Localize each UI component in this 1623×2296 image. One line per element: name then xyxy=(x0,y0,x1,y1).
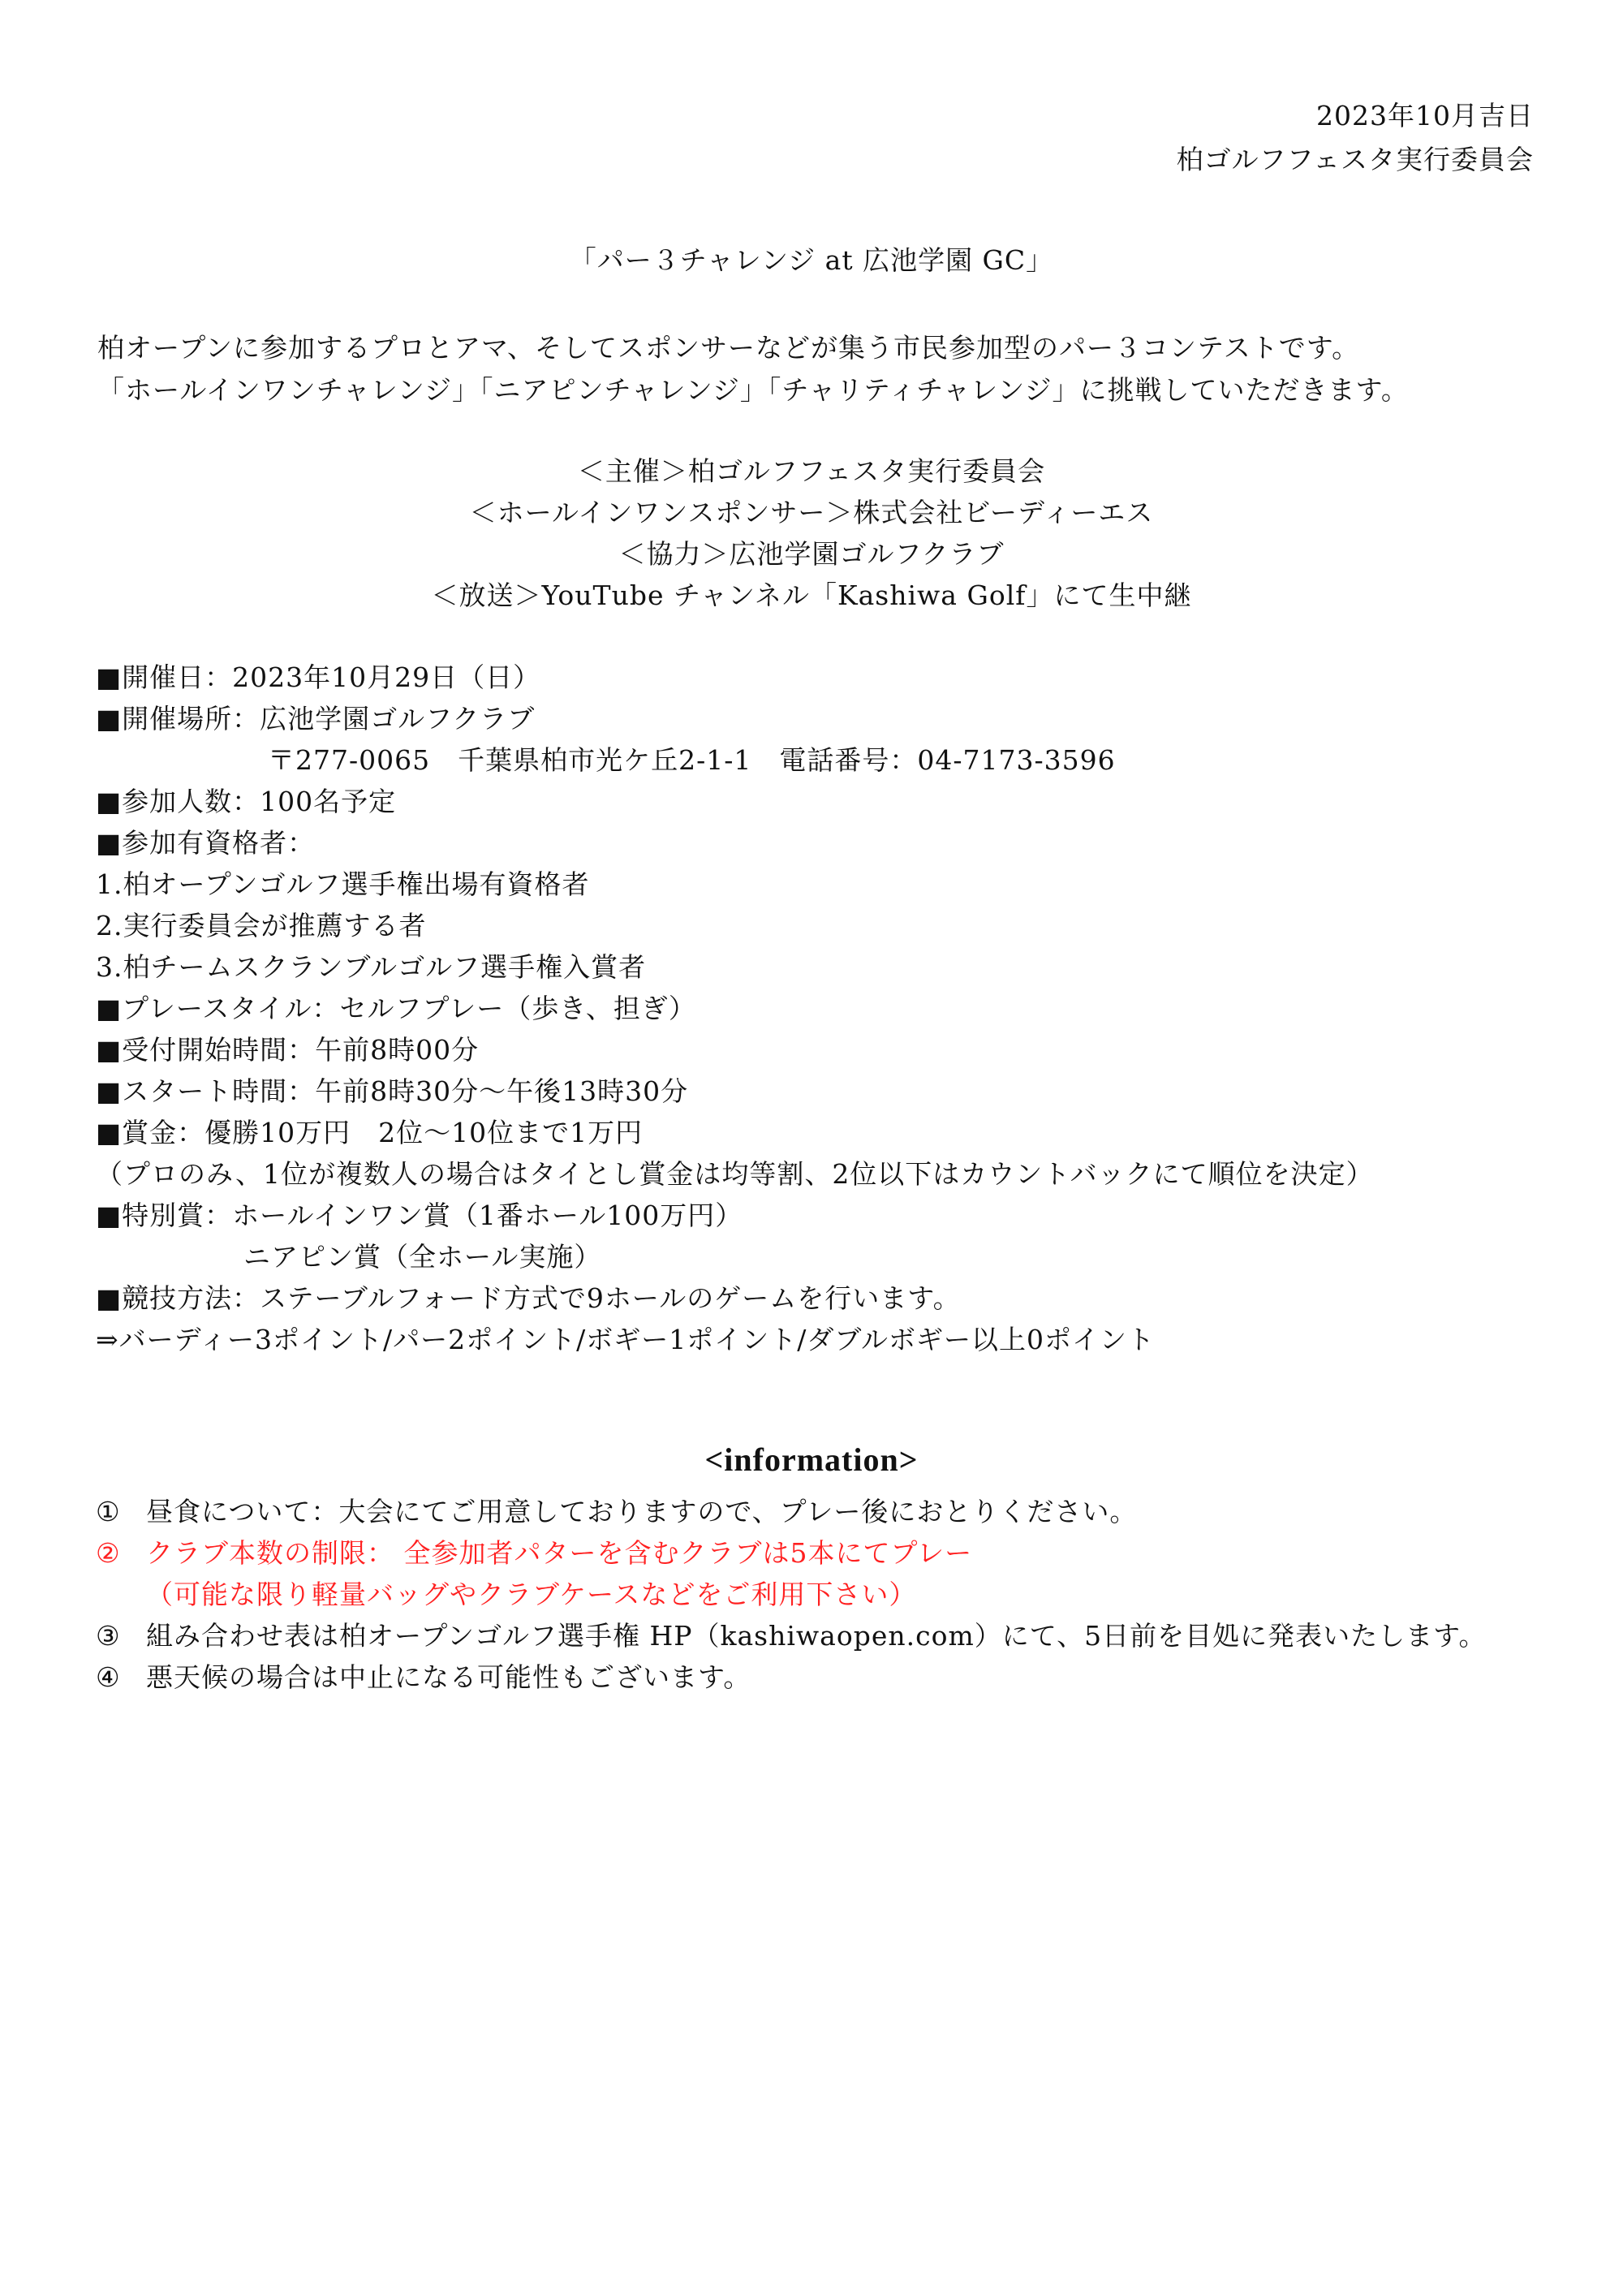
info-item-4: ④悪天候の場合は中止になる可能性もございます。 xyxy=(96,1657,751,1698)
detail-participants: ■参加人数：100名予定 xyxy=(96,782,396,822)
credit-cooperation: ＜協力＞広池学園ゴルフクラブ xyxy=(0,534,1623,575)
detail-special-prize-nearpin: ニアピン賞（全ホール実施） xyxy=(243,1237,601,1277)
credit-sponsor: ＜ホールインワンスポンサー＞株式会社ビーディーエス xyxy=(0,493,1623,533)
detail-date: ■開催日：2023年10月29日（日） xyxy=(96,657,540,698)
info-item-3: ③組み合わせ表は柏オープンゴルフ選手権 HP（kashiwaopen.com）に… xyxy=(96,1616,1486,1656)
info-item-number: ① xyxy=(96,1492,146,1532)
detail-start-time: ■スタート時間：午前8時30分～午後13時30分 xyxy=(96,1071,688,1112)
eligibility-item-3: 3.柏チームスクランブルゴルフ選手権入賞者 xyxy=(96,947,646,988)
detail-eligibility: ■参加有資格者： xyxy=(96,823,315,864)
detail-special-prize: ■特別賞：ホールインワン賞（1番ホール100万円） xyxy=(96,1195,743,1236)
detail-scoring: ⇒バーディー3ポイント/パー2ポイント/ボギー1ポイント/ダブルボギー以上0ポイ… xyxy=(96,1320,1155,1360)
detail-format: ■競技方法：ステーブルフォード方式で9ホールのゲームを行います。 xyxy=(96,1278,961,1319)
info-item-number: ② xyxy=(96,1533,146,1574)
detail-venue: ■開催場所：広池学園ゴルフクラブ xyxy=(96,699,535,739)
info-item-text: 悪天候の場合は中止になる可能性もございます。 xyxy=(146,1661,751,1693)
eligibility-item-2: 2.実行委員会が推薦する者 xyxy=(96,906,427,946)
info-item-text: 組み合わせ表は柏オープンゴルフ選手権 HP（kashiwaopen.com）にて… xyxy=(146,1620,1486,1652)
document-title: 「パー３チャレンジ at 広池学園 GC」 xyxy=(0,240,1623,281)
intro-line-1: 柏オープンに参加するプロとアマ、そしてスポンサーなどが集う市民参加型のパー３コン… xyxy=(97,328,1359,368)
credit-host: ＜主催＞柏ゴルフフェスタ実行委員会 xyxy=(0,451,1623,492)
detail-play-style: ■プレースタイル：セルフプレー（歩き、担ぎ） xyxy=(96,989,696,1029)
detail-prize: ■賞金：優勝10万円 2位～10位まで1万円 xyxy=(96,1113,643,1153)
detail-address: 〒277-0065 千葉県柏市光ケ丘2-1-1 電話番号：04-7173-359… xyxy=(268,740,1116,781)
info-item-1: ①昼食について：大会にてご用意しておりますので、プレー後におとりください。 xyxy=(96,1492,1137,1532)
info-item-number: ④ xyxy=(96,1657,146,1698)
info-item-text: （可能な限り軽量バッグやクラブケースなどをご利用下さい） xyxy=(146,1579,916,1610)
info-item-2: ②クラブ本数の制限： 全参加者パターを含むクラブは5本にてプレー xyxy=(96,1533,972,1574)
issue-date: 2023年10月吉日 xyxy=(1316,96,1534,136)
info-item-text: 昼食について：大会にてご用意しておりますので、プレー後におとりください。 xyxy=(146,1496,1137,1527)
organizer-name: 柏ゴルフフェスタ実行委員会 xyxy=(1177,140,1534,180)
info-item-number: ③ xyxy=(96,1616,146,1656)
info-item-2-note: （可能な限り軽量バッグやクラブケースなどをご利用下さい） xyxy=(96,1574,916,1615)
detail-reception-time: ■受付開始時間：午前8時00分 xyxy=(96,1030,479,1070)
eligibility-item-1: 1.柏オープンゴルフ選手権出場有資格者 xyxy=(96,864,590,905)
information-heading: <information> xyxy=(0,1440,1623,1480)
detail-prize-note: （プロのみ、1位が複数人の場合はタイとし賞金は均等割、2位以下はカウントバックに… xyxy=(96,1154,1374,1195)
intro-line-2: 「ホールインワンチャレンジ」「ニアピンチャレンジ」「チャリティチャレンジ」に挑戦… xyxy=(97,370,1409,411)
info-item-text: クラブ本数の制限： 全参加者パターを含むクラブは5本にてプレー xyxy=(146,1537,972,1569)
credit-broadcast: ＜放送＞YouTube チャンネル「Kashiwa Golf」にて生中継 xyxy=(0,575,1623,616)
